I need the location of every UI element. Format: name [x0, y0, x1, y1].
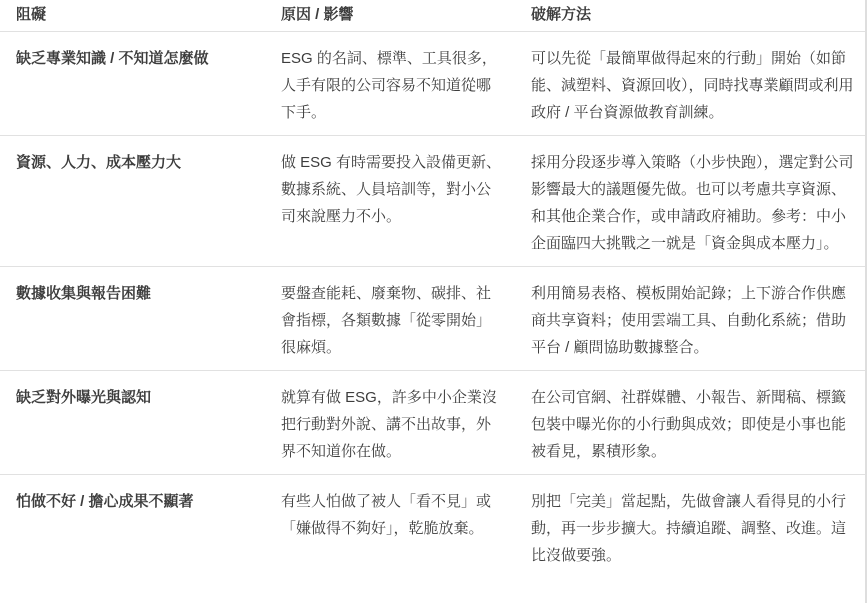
solution-cell: 利用簡易表格、模板開始記錄；上下游合作供應商共享資料；使用雲端工具、自動化系統；… — [531, 267, 867, 371]
page: 阻礙 原因 / 影響 破解方法 缺乏專業知識 / 不知道怎麼做 ESG 的名詞、… — [0, 0, 867, 603]
table-header-row: 阻礙 原因 / 影響 破解方法 — [0, 0, 867, 32]
table-row: 數據收集與報告困難 要盤查能耗、廢棄物、碳排、社會指標，各類數據「從零開始」很麻… — [0, 267, 867, 371]
column-header-solution: 破解方法 — [531, 0, 867, 32]
obstacle-cell: 缺乏對外曝光與認知 — [0, 371, 281, 475]
obstacle-cell: 怕做不好 / 擔心成果不顯著 — [0, 475, 281, 579]
column-header-obstacle: 阻礙 — [0, 0, 281, 32]
solution-cell: 可以先從「最簡單做得起來的行動」開始（如節能、減塑料、資源回收），同時找專業顧問… — [531, 32, 867, 136]
cause-cell: ESG 的名詞、標準、工具很多，人手有限的公司容易不知道從哪下手。 — [281, 32, 531, 136]
obstacle-cell: 資源、人力、成本壓力大 — [0, 136, 281, 267]
table-row: 缺乏對外曝光與認知 就算有做 ESG，許多中小企業沒把行動對外說、講不出故事，外… — [0, 371, 867, 475]
table-row: 資源、人力、成本壓力大 做 ESG 有時需要投入設備更新、數據系統、人員培訓等，… — [0, 136, 867, 267]
table-row: 缺乏專業知識 / 不知道怎麼做 ESG 的名詞、標準、工具很多，人手有限的公司容… — [0, 32, 867, 136]
esg-obstacles-table: 阻礙 原因 / 影響 破解方法 缺乏專業知識 / 不知道怎麼做 ESG 的名詞、… — [0, 0, 867, 578]
table-row: 怕做不好 / 擔心成果不顯著 有些人怕做了被人「看不見」或「嫌做得不夠好」，乾脆… — [0, 475, 867, 579]
cause-cell: 就算有做 ESG，許多中小企業沒把行動對外說、講不出故事，外界不知道你在做。 — [281, 371, 531, 475]
solution-cell: 採用分段逐步導入策略（小步快跑），選定對公司影響最大的議題優先做。也可以考慮共享… — [531, 136, 867, 267]
cause-cell: 有些人怕做了被人「看不見」或「嫌做得不夠好」，乾脆放棄。 — [281, 475, 531, 579]
obstacle-cell: 數據收集與報告困難 — [0, 267, 281, 371]
solution-cell: 別把「完美」當起點，先做會讓人看得見的小行動，再一步步擴大。持續追蹤、調整、改進… — [531, 475, 867, 579]
solution-cell: 在公司官網、社群媒體、小報告、新聞稿、標籤包裝中曝光你的小行動與成效；即使是小事… — [531, 371, 867, 475]
obstacle-cell: 缺乏專業知識 / 不知道怎麼做 — [0, 32, 281, 136]
column-header-cause-impact: 原因 / 影響 — [281, 0, 531, 32]
cause-cell: 要盤查能耗、廢棄物、碳排、社會指標，各類數據「從零開始」很麻煩。 — [281, 267, 531, 371]
cause-cell: 做 ESG 有時需要投入設備更新、數據系統、人員培訓等，對小公司來說壓力不小。 — [281, 136, 531, 267]
